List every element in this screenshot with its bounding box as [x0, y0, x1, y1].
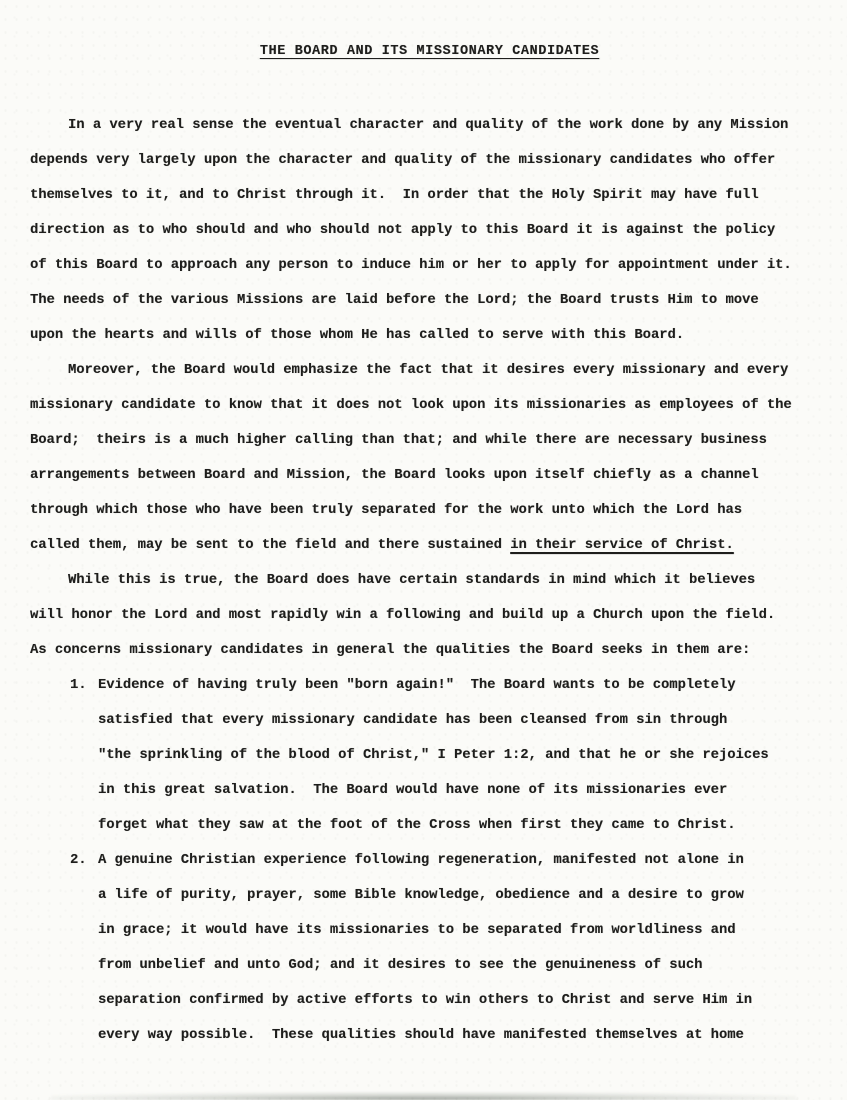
list-item-number: 1.: [70, 668, 98, 703]
text-line: As concerns missionary candidates in gen…: [30, 633, 829, 668]
text-line: called them, may be sent to the field an…: [30, 528, 829, 563]
text-line: in grace; it would have its missionaries…: [98, 913, 752, 948]
text-line: in this great salvation. The Board would…: [98, 773, 769, 808]
list-item-text: Evidence of having truly been "born agai…: [98, 668, 769, 843]
text-line: missionary candidate to know that it doe…: [30, 388, 829, 423]
list-item-number: 2.: [70, 843, 98, 878]
text-line: from unbelief and unto God; and it desir…: [98, 948, 752, 983]
numbered-list-item-2: 2. A genuine Christian experience follow…: [70, 843, 829, 1053]
text-line: arrangements between Board and Mission, …: [30, 458, 829, 493]
text-line: Evidence of having truly been "born agai…: [98, 668, 769, 703]
text-line: upon the hearts and wills of those whom …: [30, 318, 829, 353]
text-line: In a very real sense the eventual charac…: [30, 108, 829, 143]
paragraph-1: In a very real sense the eventual charac…: [30, 108, 829, 353]
text-line: The needs of the various Missions are la…: [30, 283, 829, 318]
paragraph-2: Moreover, the Board would emphasize the …: [30, 353, 829, 563]
text-segment: called them, may be sent to the field an…: [30, 538, 510, 553]
text-line: satisfied that every missionary candidat…: [98, 703, 769, 738]
text-line: will honor the Lord and most rapidly win…: [30, 598, 829, 633]
text-line: Board; theirs is a much higher calling t…: [30, 423, 829, 458]
numbered-list-item-1: 1. Evidence of having truly been "born a…: [70, 668, 829, 843]
text-line: every way possible. These qualities shou…: [98, 1018, 752, 1053]
list-item-text: A genuine Christian experience following…: [98, 843, 752, 1053]
text-line: While this is true, the Board does have …: [30, 563, 829, 598]
text-line: "the sprinkling of the blood of Christ,"…: [98, 738, 769, 773]
scan-edge-artifact: [51, 1092, 796, 1100]
text-line: themselves to it, and to Christ through …: [30, 178, 829, 213]
text-line: depends very largely upon the character …: [30, 143, 829, 178]
text-line: Moreover, the Board would emphasize the …: [30, 353, 829, 388]
text-line: a life of purity, prayer, some Bible kno…: [98, 878, 752, 913]
paragraph-3: While this is true, the Board does have …: [30, 563, 829, 668]
text-line: separation confirmed by active efforts t…: [98, 983, 752, 1018]
text-line: of this Board to approach any person to …: [30, 248, 829, 283]
document-page: THE BOARD AND ITS MISSIONARY CANDIDATES …: [0, 0, 847, 1053]
text-line: A genuine Christian experience following…: [98, 843, 752, 878]
text-line: forget what they saw at the foot of the …: [98, 808, 769, 843]
text-line: direction as to who should and who shoul…: [30, 213, 829, 248]
text-line: through which those who have been truly …: [30, 493, 829, 528]
page-title: THE BOARD AND ITS MISSIONARY CANDIDATES: [30, 44, 829, 59]
underlined-phrase: in their service of Christ.: [510, 538, 734, 553]
